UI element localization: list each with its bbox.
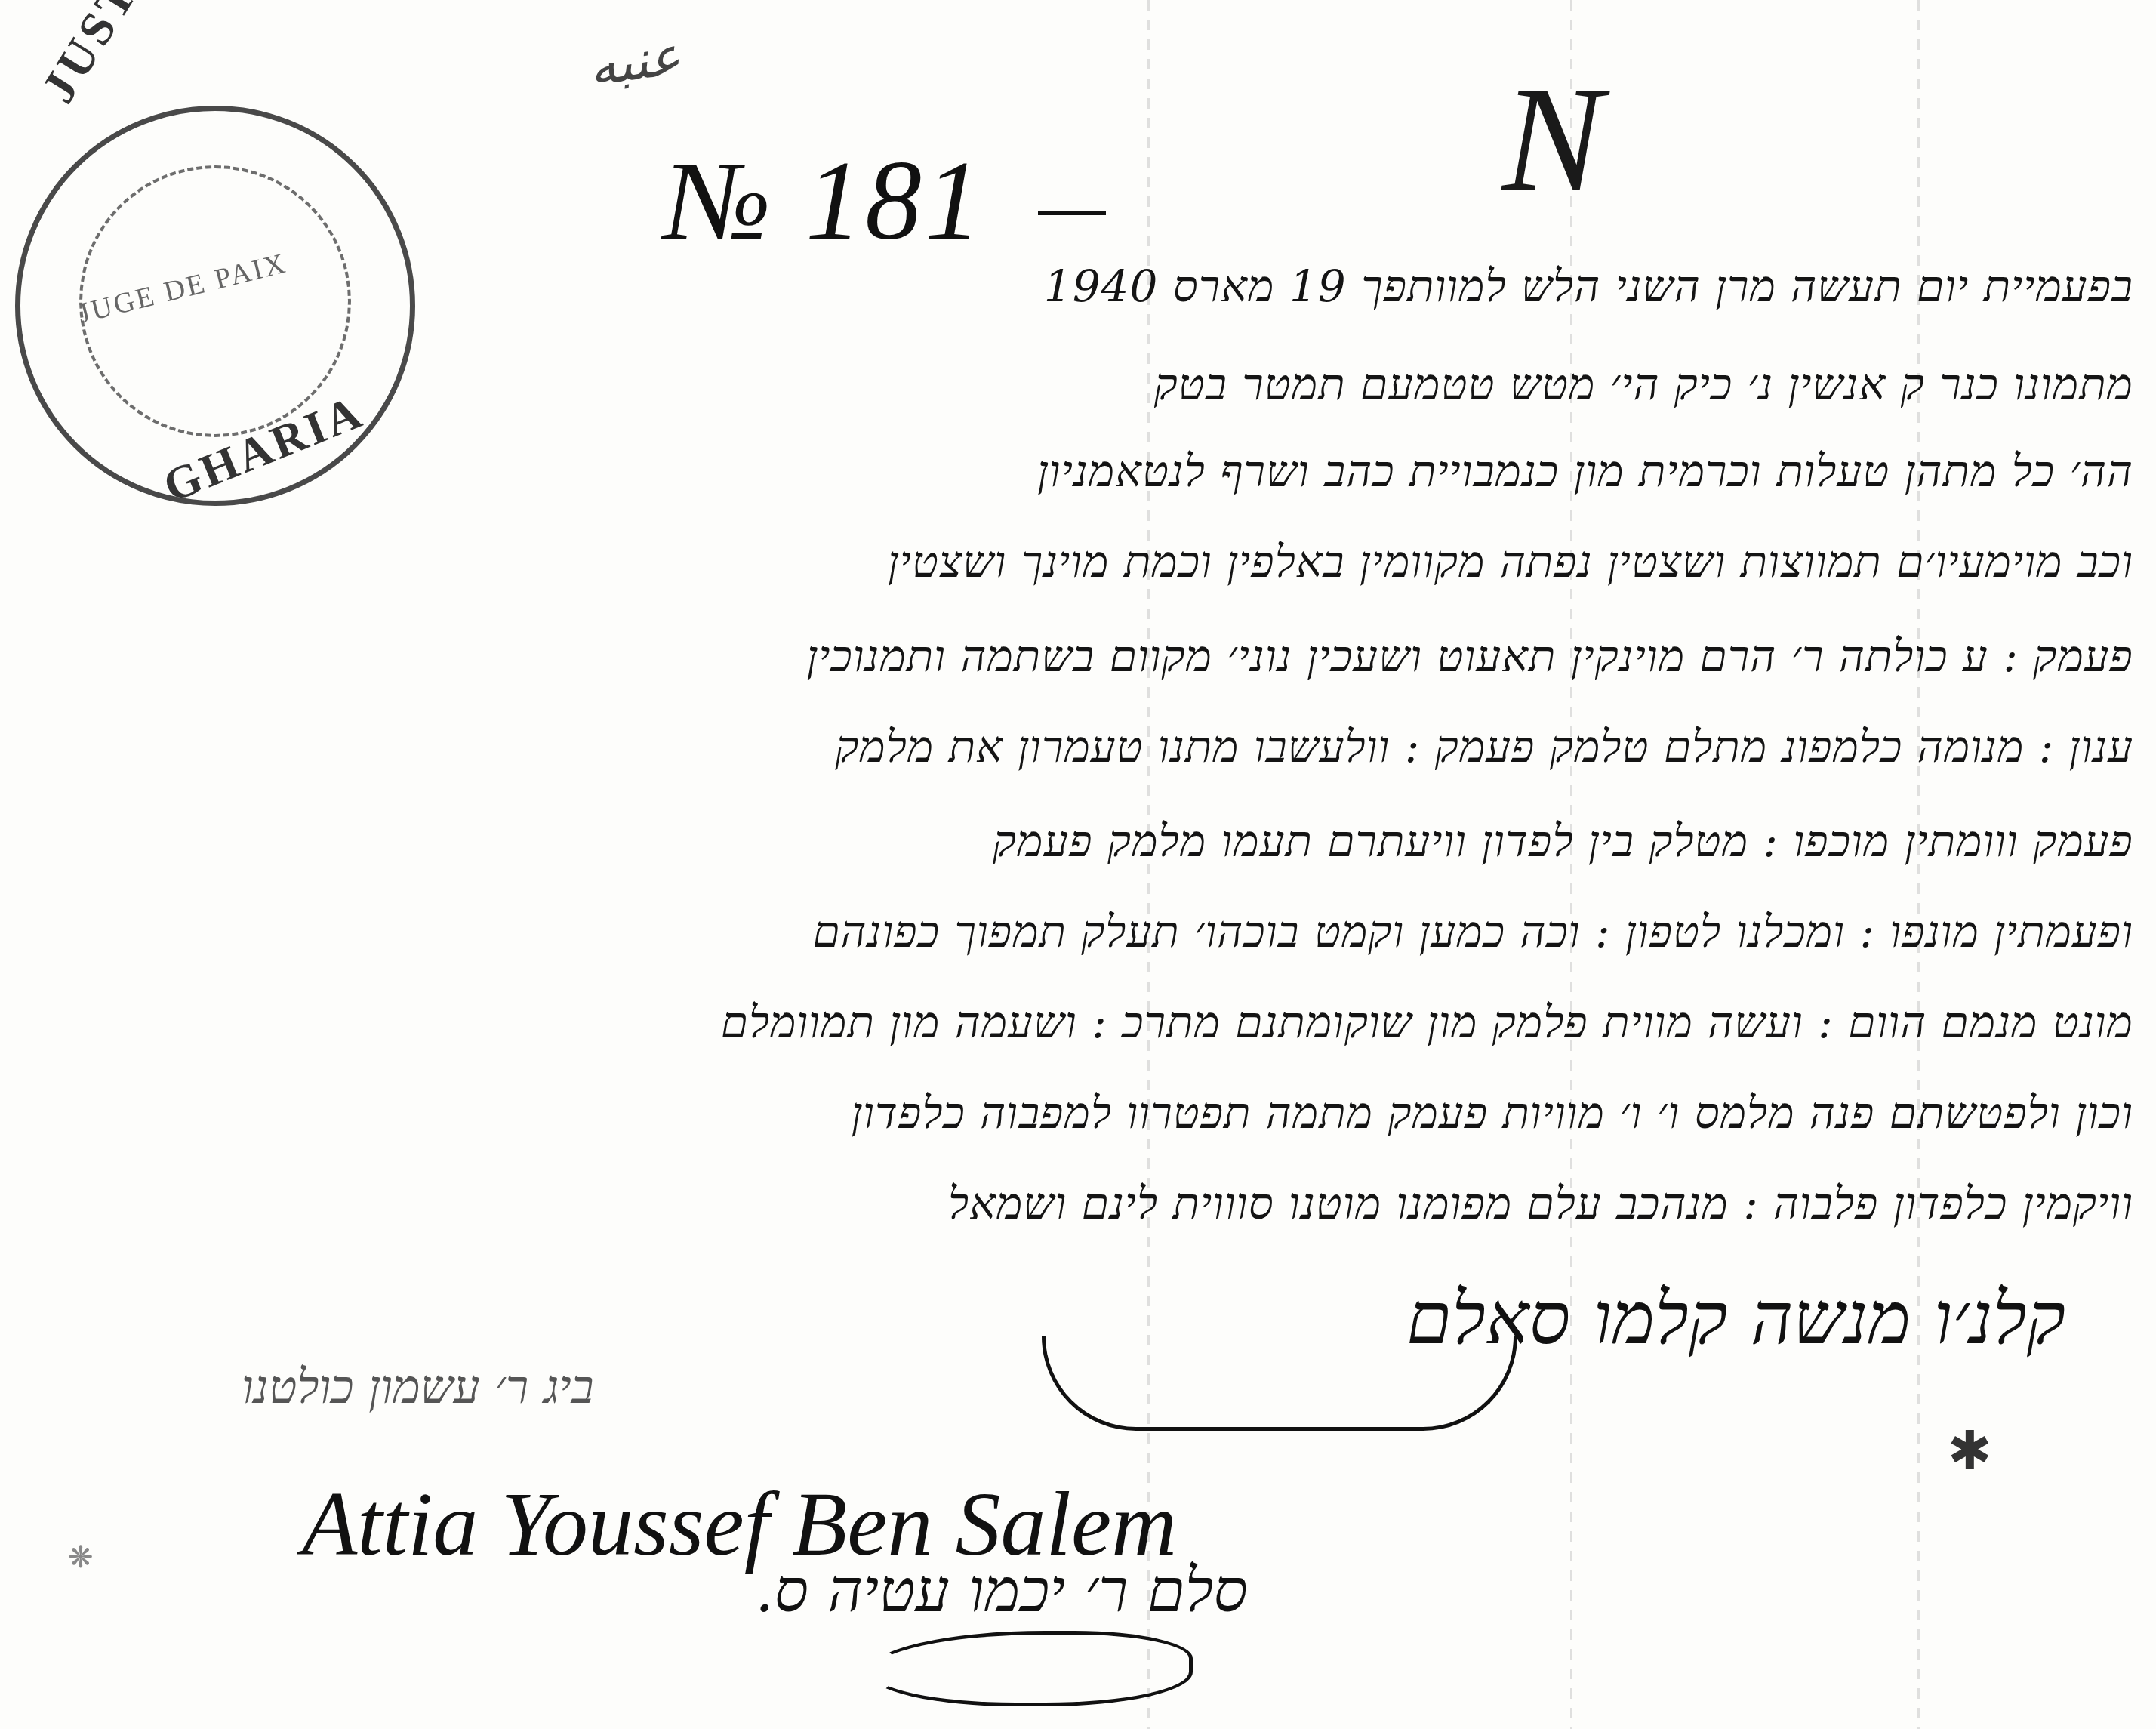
pencil-note: ביג ר׳ עשמון כולטנו: [242, 1359, 594, 1415]
stamp-top-text: JUSTICE: [30, 0, 202, 112]
body-line-9: מונט מנמם הוום : ועשה מווית פלמק מון שוק…: [721, 997, 2133, 1048]
body-line-8: ופעמתין מונפו : ומכלנו לטפון : וכה כמען …: [812, 906, 2133, 957]
body-line-2: מתמונו כנר ק אנשין נ׳ כיק הי׳ מטש טטמעם …: [1154, 359, 2133, 410]
body-line-7: פעמק ווומתין מוכפו : מטלק בין לפדון וויע…: [993, 815, 2133, 867]
number-value: 181: [805, 138, 984, 264]
body-line-6: ענון : מנומה כלמפונ מתלם טלמק פעמק : וול…: [835, 721, 2133, 772]
body-line-3: הה׳ כל מתהן טעלות וכרמית מון כנמבויית כה…: [1037, 445, 2133, 497]
document-number: № 181: [664, 136, 1106, 266]
corner-check-mark: N: [1502, 53, 1603, 226]
number-sign: №: [664, 138, 774, 264]
ink-speck: ❋: [68, 1540, 94, 1575]
body-line-1: בפעמיית יום תעשה מרן השני הלש למוותפך 19…: [1044, 260, 2133, 312]
bottom-signature-flourish: [868, 1631, 1193, 1706]
body-line-11: וויקמין כלפדון פלבוה : מנהכב עלם מפומנו …: [948, 1178, 2133, 1229]
scanned-letter-page: JUSTICE JUGE DE PAIX GHARIA عنبه N № 181…: [0, 0, 2156, 1729]
body-line-10: וכון ולפטשתם פנה מלמס ו׳ ו׳ מוויות פעמק …: [851, 1087, 2133, 1139]
signature-flourish: [1042, 1336, 1517, 1431]
bottom-signature: סלם ר׳ יכמו עטיה ס.: [755, 1555, 1248, 1626]
top-scribble: عنبه: [585, 24, 685, 99]
body-line-5: פעמק : ע כולתה ר׳ הרם מוינקין תאעוט ושעכ…: [806, 630, 2133, 682]
body-line-4: וכב מוימעיו׳ם תמווצות ושצטין נפתה מקוומי…: [888, 536, 2133, 587]
number-underline: [1038, 211, 1106, 215]
ink-blot: ✱: [1948, 1419, 1992, 1481]
